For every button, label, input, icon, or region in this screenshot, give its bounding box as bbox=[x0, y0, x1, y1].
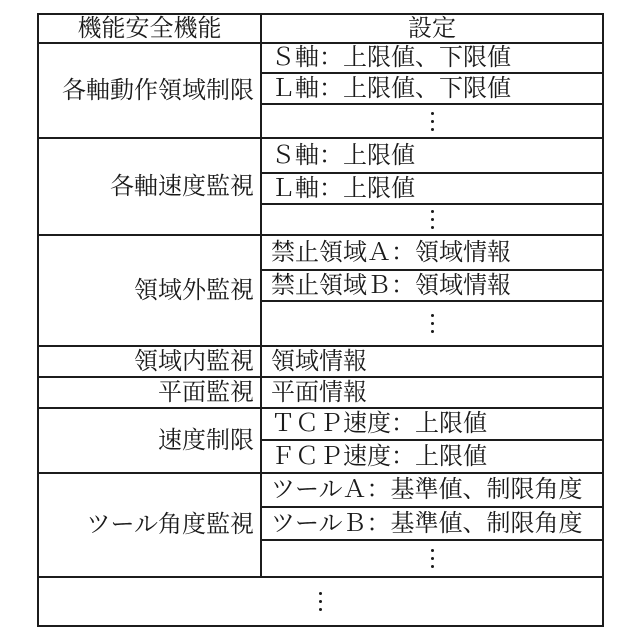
setting-value: Ｌ軸：上限値 bbox=[262, 172, 602, 203]
setting-value: ＴＣＰ速度：上限値 bbox=[262, 409, 602, 439]
setting-value: ツールＢ：基準値、制限角度 bbox=[262, 506, 602, 539]
function-label: 領域内監視 bbox=[39, 347, 262, 376]
setting-value: 領域情報 bbox=[262, 347, 602, 376]
vertical-ellipsis-icon bbox=[431, 549, 434, 568]
row-speed-limit: 速度制限 ＴＣＰ速度：上限値 ＦＣＰ速度：上限値 bbox=[39, 407, 602, 472]
row-inside-area-monitoring: 領域内監視 領域情報 bbox=[39, 345, 602, 376]
vertical-ellipsis-icon bbox=[431, 314, 434, 333]
setting-value: Ｌ軸：上限値、下限値 bbox=[262, 72, 602, 103]
setting-value: 禁止領域Ｂ：領域情報 bbox=[262, 269, 602, 300]
row-plane-monitoring: 平面監視 平面情報 bbox=[39, 376, 602, 407]
setting-value: ツールＡ：基準値、制限角度 bbox=[262, 474, 602, 506]
header-function-column: 機能安全機能 bbox=[39, 15, 262, 42]
setting-ellipsis-row bbox=[262, 300, 602, 345]
function-label: ツール角度監視 bbox=[39, 474, 262, 576]
setting-ellipsis-row bbox=[262, 539, 602, 576]
setting-value: Ｓ軸：上限値、下限値 bbox=[262, 44, 602, 72]
row-axis-speed-monitoring: 各軸速度監視 Ｓ軸：上限値 Ｌ軸：上限値 bbox=[39, 137, 602, 234]
function-label: 各軸動作領域制限 bbox=[39, 44, 262, 137]
setting-value: 平面情報 bbox=[262, 378, 602, 407]
setting-value: ＦＣＰ速度：上限値 bbox=[262, 439, 602, 472]
function-label: 領域外監視 bbox=[39, 236, 262, 345]
footer-ellipsis-cell bbox=[39, 578, 602, 625]
vertical-ellipsis-icon bbox=[319, 592, 322, 611]
vertical-ellipsis-icon bbox=[431, 112, 434, 131]
row-axis-motion-range-limit: 各軸動作領域制限 Ｓ軸：上限値、下限値 Ｌ軸：上限値、下限値 bbox=[39, 42, 602, 137]
functional-safety-settings-table: 機能安全機能 設定 各軸動作領域制限 Ｓ軸：上限値、下限値 Ｌ軸：上限値、下限値… bbox=[37, 13, 604, 627]
row-tool-angle-monitoring: ツール角度監視 ツールＡ：基準値、制限角度 ツールＢ：基準値、制限角度 bbox=[39, 472, 602, 576]
table-header-row: 機能安全機能 設定 bbox=[39, 15, 602, 42]
vertical-ellipsis-icon bbox=[431, 210, 434, 229]
setting-ellipsis-row bbox=[262, 203, 602, 234]
setting-value: 禁止領域Ａ：領域情報 bbox=[262, 236, 602, 269]
row-more-functions-ellipsis bbox=[39, 576, 602, 625]
row-outside-area-monitoring: 領域外監視 禁止領域Ａ：領域情報 禁止領域Ｂ：領域情報 bbox=[39, 234, 602, 345]
setting-value: Ｓ軸：上限値 bbox=[262, 139, 602, 172]
setting-ellipsis-row bbox=[262, 103, 602, 137]
header-setting-column: 設定 bbox=[262, 15, 602, 42]
function-label: 各軸速度監視 bbox=[39, 139, 262, 234]
function-label: 速度制限 bbox=[39, 409, 262, 472]
function-label: 平面監視 bbox=[39, 378, 262, 407]
